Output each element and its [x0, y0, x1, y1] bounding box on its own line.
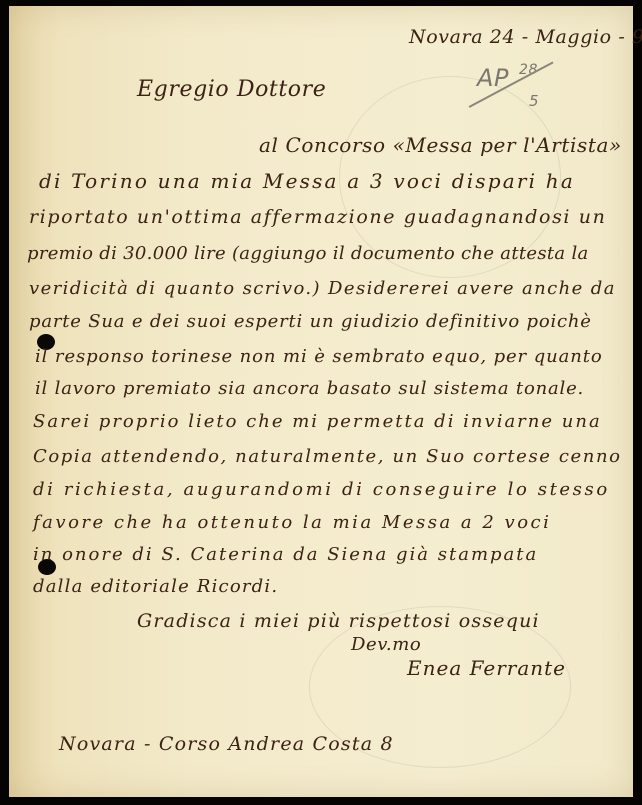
body-line: riportato un'ottima affermazione guadagn… [29, 206, 606, 228]
signature-prefix: Dev.mo [351, 634, 421, 655]
closing: Gradisca i miei più rispettosi ossequi [137, 610, 540, 632]
archive-number-bottom: 5 [529, 92, 539, 110]
body-line: al Concorso «Messa per l'Artista» [259, 133, 622, 157]
body-line: veridicità di quanto scrivo.) Desiderere… [29, 278, 616, 299]
body-line: di Torino una mia Messa a 3 voci dispari… [39, 169, 575, 193]
salutation: Egregio Dottore [137, 77, 326, 102]
body-line: parte Sua e dei suoi esperti un giudizio… [29, 311, 592, 332]
body-line: in onore di S. Caterina da Siena già sta… [33, 544, 538, 565]
body-line: premio di 30.000 lire (aggiungo il docum… [27, 243, 589, 264]
letter-page: Novara 24 - Maggio - 952 AP 28 5 Egregio… [9, 6, 633, 797]
body-line: Sarei proprio lieto che mi permetta di i… [33, 411, 602, 432]
body-line: il lavoro premiato sia ancora basato sul… [35, 378, 584, 399]
body-line: dalla editoriale Ricordi. [33, 576, 278, 597]
body-line: di richiesta, augurandomi di conseguire … [33, 479, 610, 500]
sender-address: Novara - Corso Andrea Costa 8 [59, 733, 394, 755]
body-line: favore che ha ottenuto la mia Messa a 2 … [33, 512, 551, 533]
place-date: Novara 24 - Maggio - 952 [409, 26, 642, 48]
body-line: il responso torinese non mi è sembrato e… [35, 346, 603, 367]
signature: Enea Ferrante [407, 656, 566, 680]
body-line: Copia attendendo, naturalmente, un Suo c… [33, 446, 622, 467]
